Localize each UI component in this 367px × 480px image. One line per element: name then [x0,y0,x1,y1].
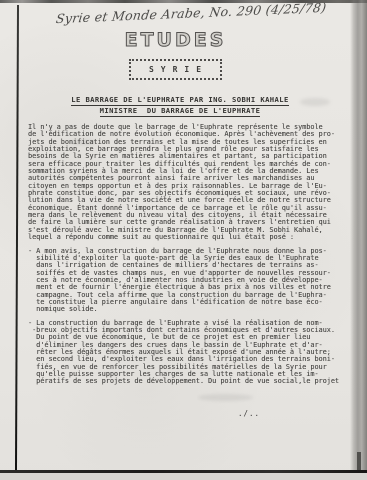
article-title-line1: LE BARRAGE DE L'EUPHRATE PAR ING. SOBHI … [71,95,288,106]
paragraph-answer-second: - La construction du barrage de l'Euphra… [28,320,348,386]
country-label-box: SYRIE [0,59,351,80]
country-label: SYRIE [129,59,222,80]
paragraph-introduction: Il n'y a pas de doute que le barrage de … [28,124,348,242]
scan-artifact-right-edge [350,0,367,480]
scan-artifact-bottom-margin [0,473,367,480]
article-title: LE BARRAGE DE L'EUPHRATE PAR ING. SOBHI … [0,94,360,116]
scan-artifact-smudge [198,394,253,401]
continuation-mark: ./.. [238,409,260,418]
handwritten-annotation: Syrie et Monde Arabe, No. 290 (4/25/78) [55,1,302,26]
scanned-document-page: Syrie et Monde Arabe, No. 290 (4/25/78) … [0,0,367,480]
section-heading: ETUDES [0,29,351,51]
article-title-line2: MINISTRE DU BARRAGE DE L'EUPHRATE [100,106,261,117]
paragraph-answer-first: - A mon avis, la construction du barrage… [28,248,348,314]
scan-artifact-right-mark [357,452,361,470]
document-body: Il n'y a pas de doute que le barrage de … [28,124,348,392]
